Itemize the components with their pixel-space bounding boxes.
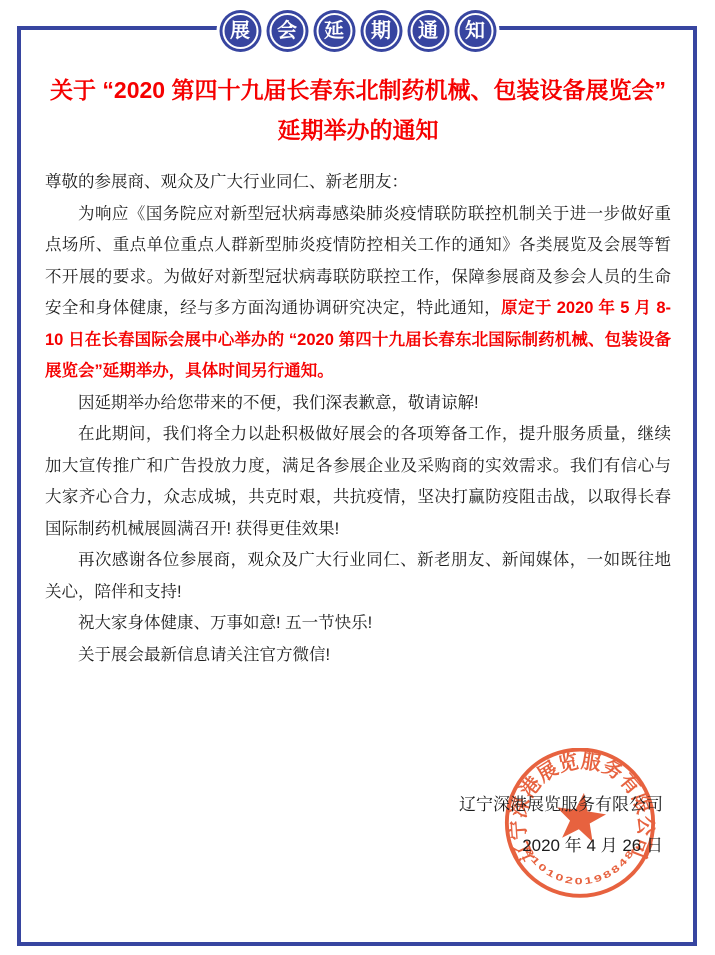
header-badge-row: 展会延期通知 [219, 10, 496, 52]
notice-document: 展会延期通知 关于 “2020 第四十九届长春东北制药机械、包装设备展览会” 延… [0, 0, 715, 955]
text-run: 祝大家身体健康、万事如意! 五一节快乐! [78, 614, 372, 632]
text-run: 关于展会最新信息请关注官方微信! [78, 646, 330, 664]
header-badge: 延 [313, 10, 355, 52]
text-run: 再次感谢各位参展商，观众及广大行业同仁、新老朋友、新闻媒体，一如既往地关心，陪伴… [45, 551, 671, 601]
signature-date: 2020 年 4 月 26 日 [459, 834, 663, 858]
header-badge: 会 [266, 10, 308, 52]
body-paragraph: 关于展会最新信息请关注官方微信! [45, 640, 671, 672]
salutation: 尊敬的参展商、观众及广大行业同仁、新老朋友： [45, 167, 671, 199]
header-badge: 通 [407, 10, 449, 52]
signature-block: 辽宁深港展览服务有限公司 2020 年 4 月 26 日 [459, 793, 663, 858]
badge-character: 展 [230, 21, 250, 41]
header-badge: 知 [454, 10, 496, 52]
signature-company: 辽宁深港展览服务有限公司 [459, 793, 663, 817]
badge-character: 知 [465, 21, 485, 41]
body-paragraph: 因延期举办给您带来的不便，我们深表歉意，敬请谅解! [45, 388, 671, 420]
body-paragraph: 祝大家身体健康、万事如意! 五一节快乐! [45, 608, 671, 640]
notice-title-line-1: 关于 “2020 第四十九届长春东北制药机械、包装设备展览会” [45, 70, 671, 110]
body-paragraphs: 为响应《国务院应对新型冠状病毒感染肺炎疫情联防联控机制关于进一步做好重点场所、重… [45, 199, 671, 672]
badge-character: 通 [418, 21, 438, 41]
header-badge: 期 [360, 10, 402, 52]
badge-character: 期 [371, 21, 391, 41]
header-badge: 展 [219, 10, 261, 52]
body-paragraph: 为响应《国务院应对新型冠状病毒感染肺炎疫情联防联控机制关于进一步做好重点场所、重… [45, 199, 671, 388]
notice-title-line-2: 延期举办的通知 [45, 110, 671, 150]
notice-body: 尊敬的参展商、观众及广大行业同仁、新老朋友： 为响应《国务院应对新型冠状病毒感染… [45, 167, 671, 671]
body-paragraph: 在此期间，我们将全力以赴积极做好展会的各项筹备工作，提升服务质量，继续加大宣传推… [45, 419, 671, 545]
body-paragraph: 再次感谢各位参展商，观众及广大行业同仁、新老朋友、新闻媒体，一如既往地关心，陪伴… [45, 545, 671, 608]
notice-title: 关于 “2020 第四十九届长春东北制药机械、包装设备展览会” 延期举办的通知 [45, 70, 671, 150]
badge-character: 延 [324, 21, 344, 41]
text-run: 因延期举办给您带来的不便，我们深表歉意，敬请谅解! [78, 394, 479, 412]
document-content: 关于 “2020 第四十九届长春东北制药机械、包装设备展览会” 延期举办的通知 … [45, 70, 671, 671]
badge-character: 会 [277, 21, 297, 41]
text-run: 在此期间，我们将全力以赴积极做好展会的各项筹备工作，提升服务质量，继续加大宣传推… [45, 425, 671, 538]
